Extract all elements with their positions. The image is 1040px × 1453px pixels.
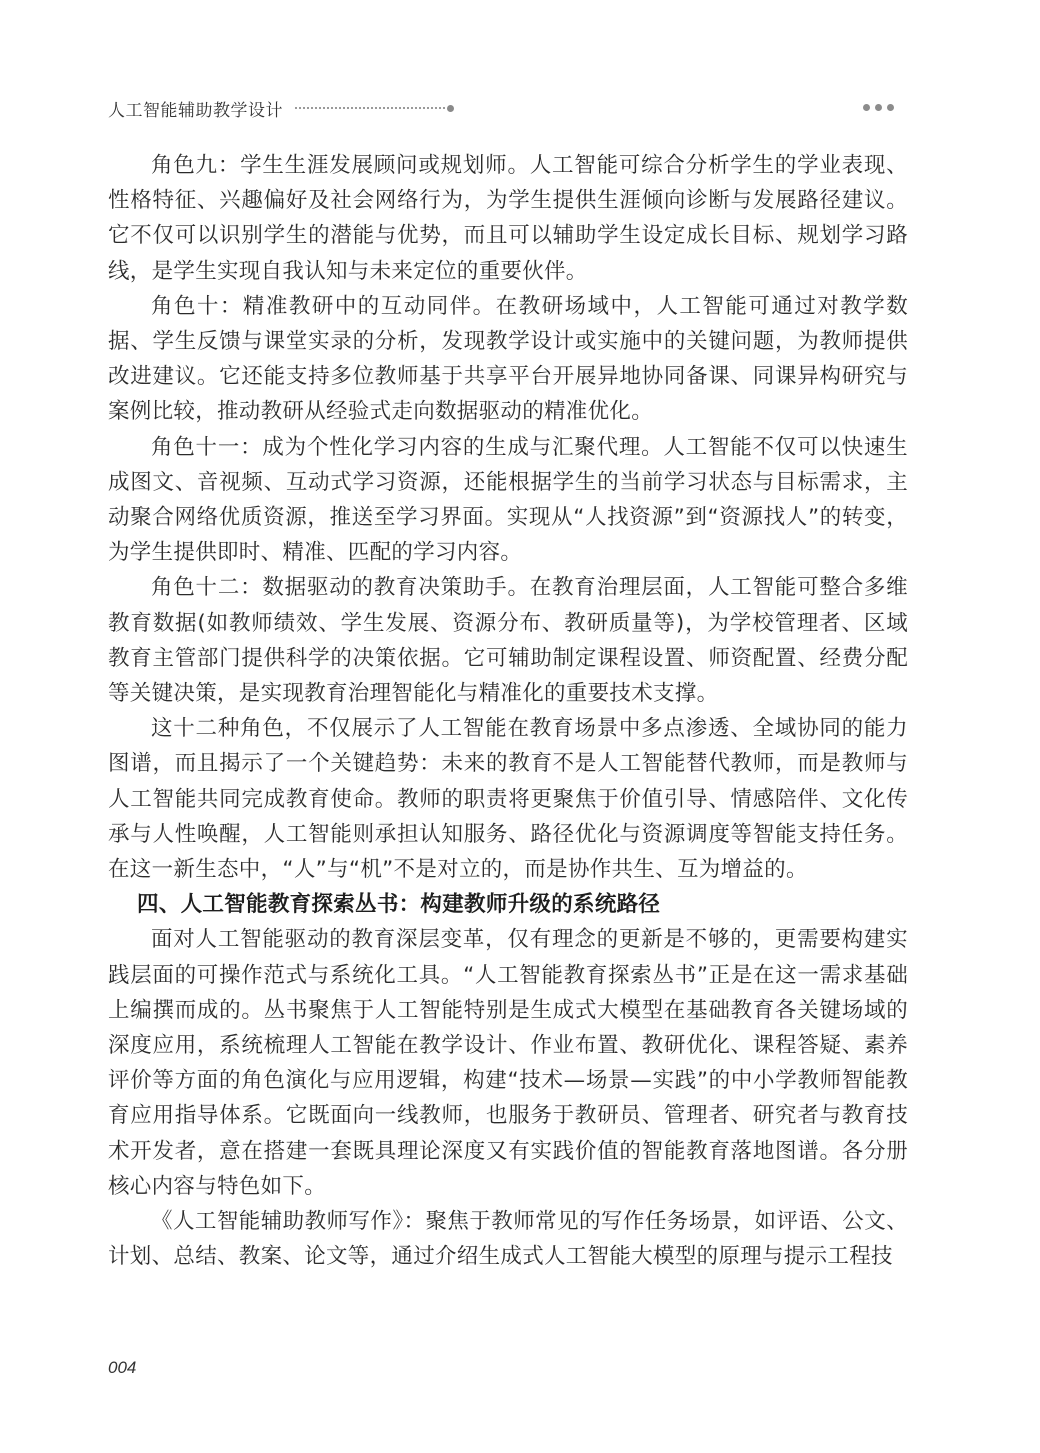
paragraph-role-twelve: 角色十二：数据驱动的教育决策助手。在教育治理层面，人工智能可整合多维教育数据(如… xyxy=(108,570,908,711)
ornament-dot xyxy=(875,104,882,111)
paragraph-writing-volume: 《人工智能辅助教师写作》：聚焦于教师常见的写作任务场景，如评语、公文、计划、总结… xyxy=(108,1204,908,1274)
page-body: 角色九：学生生涯发展顾问或规划师。人工智能可综合分析学生的学业表现、性格特征、兴… xyxy=(108,148,908,1275)
page-number: 004 xyxy=(108,1358,136,1378)
paragraph-series-intro: 面对人工智能驱动的教育深层变革，仅有理念的更新是不够的，更需要构建实践层面的可操… xyxy=(108,922,908,1204)
ornament-dot xyxy=(863,104,870,111)
dotted-leader-decoration xyxy=(295,107,445,111)
leader-end-dot-icon xyxy=(447,105,454,112)
paragraph-role-eleven: 角色十一：成为个性化学习内容的生成与汇聚代理。人工智能不仅可以快速生成图文、音视… xyxy=(108,430,908,571)
paragraph-role-ten: 角色十：精准教研中的互动同伴。在教研场域中，人工智能可通过对教学数据、学生反馈与… xyxy=(108,289,908,430)
section-heading: 四、人工智能教育探索丛书：构建教师升级的系统路径 xyxy=(108,887,908,922)
ornament-dot xyxy=(887,104,894,111)
running-header: 人工智能辅助教学设计 xyxy=(108,96,898,120)
running-title: 人工智能辅助教学设计 xyxy=(108,96,283,121)
paragraph-twelve-roles-summary: 这十二种角色，不仅展示了人工智能在教育场景中多点渗透、全域协同的能力图谱，而且揭… xyxy=(108,711,908,887)
three-dots-ornament-icon xyxy=(863,104,894,111)
paragraph-role-nine: 角色九：学生生涯发展顾问或规划师。人工智能可综合分析学生的学业表现、性格特征、兴… xyxy=(108,148,908,289)
